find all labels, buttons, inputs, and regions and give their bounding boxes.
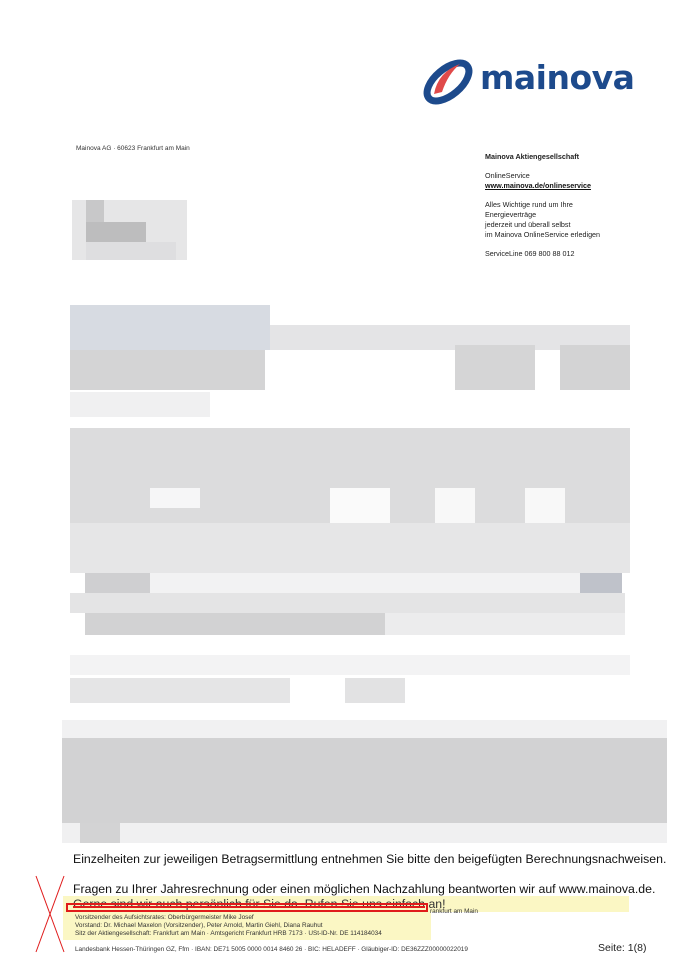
page-number: Seite: 1(8) <box>598 942 646 954</box>
description-line: Alles Wichtige rund um Ihre <box>485 200 600 210</box>
online-service-link[interactable]: www.mainova.de/onlineservice <box>485 181 600 191</box>
company-name: Mainova Aktiengesellschaft <box>485 152 600 162</box>
service-line: ServiceLine 069 800 88 012 <box>485 249 600 259</box>
footer-supervisory-board: Vorsitzender des Aufsichtsrates: Oberbür… <box>75 914 254 921</box>
footer-registration: Sitz der Aktiengesellschaft: Frankfurt a… <box>75 930 382 937</box>
brand-name: mainova <box>480 58 634 97</box>
sender-address-line: Mainova AG · 60623 Frankfurt am Main <box>76 145 190 152</box>
body-text-calculation: Einzelheiten zur jeweiligen Betragsermit… <box>73 852 666 866</box>
contact-info-block: Mainova Aktiengesellschaft OnlineService… <box>485 152 600 259</box>
description-line: Energieverträge <box>485 210 600 220</box>
mainova-swoosh-icon <box>420 50 480 110</box>
red-cross-mark-icon <box>32 872 68 956</box>
mainova-logo: mainova <box>420 50 620 110</box>
description-line: im Mainova OnlineService erledigen <box>485 230 600 240</box>
footer-address-fragment: rankfurt am Main <box>430 908 478 915</box>
body-text-questions: Fragen zu Ihrer Jahresrechnung oder eine… <box>73 882 655 896</box>
description-line: jederzeit und überall selbst <box>485 220 600 230</box>
online-service-label: OnlineService <box>485 171 600 181</box>
footer-bank-details: Landesbank Hessen-Thüringen GZ, Ffm · IB… <box>75 946 468 953</box>
red-markup-box <box>66 903 428 912</box>
footer-executive-board: Vorstand: Dr. Michael Maxelon (Vorsitzen… <box>75 922 323 929</box>
